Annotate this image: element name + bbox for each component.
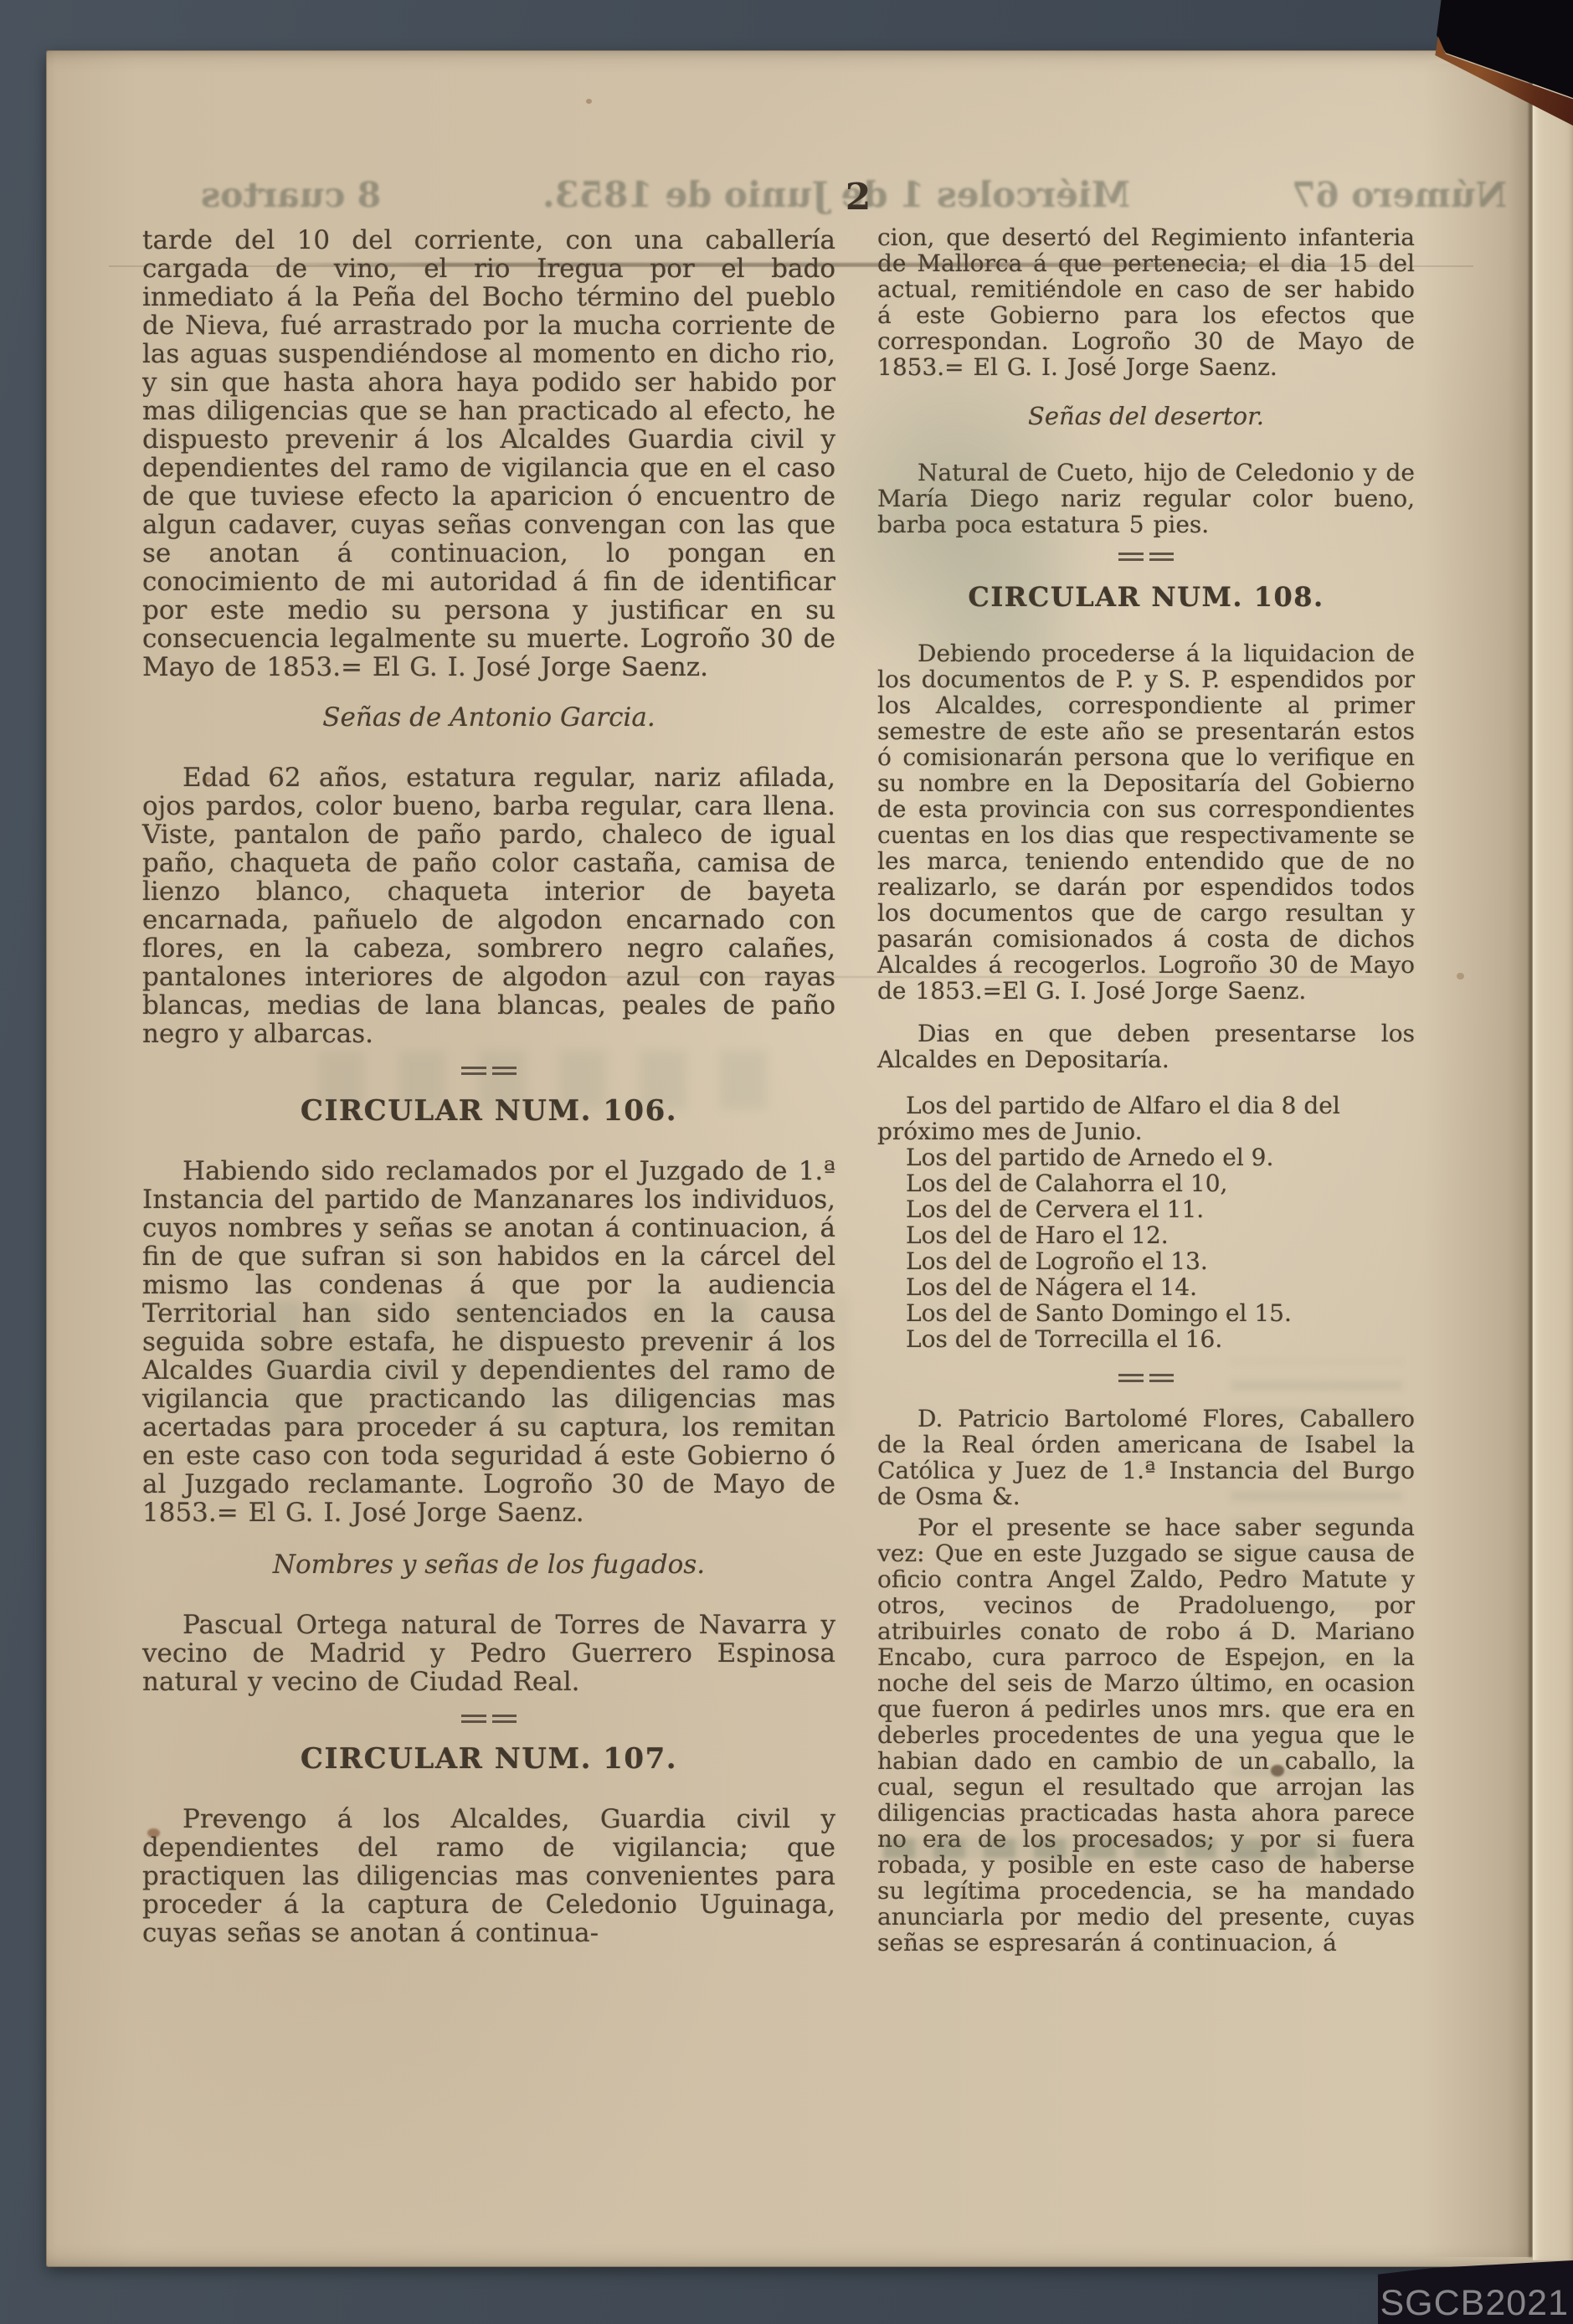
paragraph: cion, que desertó del Regimiento infante… [877,224,1415,380]
page-number: 2 [837,176,879,219]
paragraph: Pascual Ortega natural de Torres de Nava… [142,1611,835,1696]
paragraph: Habiendo sido reclamados por el Juzgado … [142,1157,835,1527]
list-item: Los del partido de Alfaro el dia 8 del p… [877,1093,1415,1144]
paragraph: Por el presente se hace saber segunda ve… [877,1514,1415,1956]
left-column: tarde del 10 del corriente, con una caba… [142,226,835,1947]
list-item: Los del de Torrecilla el 16. [877,1326,1415,1352]
section-separator [461,1067,517,1075]
section-separator [1118,1374,1174,1382]
list-item: Los del de Haro el 12. [877,1222,1415,1248]
subheading-senas-antonio-garcia: Señas de Antonio Garcia. [142,703,835,732]
list-item: Los del de Cervera el 11. [877,1196,1415,1222]
heading-circular-107: CIRCULAR NUM. 107. [142,1745,835,1773]
paragraph: Natural de Cueto, hijo de Celedonio y de… [877,460,1415,537]
adjacent-page-edge [1533,62,1573,2260]
paragraph: D. Patricio Bartolomé Flores, Caballero … [877,1406,1415,1509]
scanned-document: Número 67 Miércoles 1 de Junio de 1853. … [0,0,1573,2324]
list-item: Los del de Santo Domingo el 15. [877,1300,1415,1326]
list-item: Los del de Logroño el 13. [877,1248,1415,1274]
paragraph: Edad 62 años, estatura regular, nariz af… [142,764,835,1048]
ghost-issue-number: Número 67 [1292,175,1507,215]
paragraph: Prevengo á los Alcaldes, Guardia civil y… [142,1805,835,1947]
section-separator [461,1715,517,1723]
section-separator [1118,553,1174,561]
paper-speck [586,99,592,104]
book-spine-corner [1421,0,1573,126]
list-item: Los del de Nágera el 14. [877,1274,1415,1300]
list-item: Los del partido de Arnedo el 9. [877,1144,1415,1170]
heading-circular-108: CIRCULAR NUM. 108. [877,584,1415,610]
right-column: cion, que desertó del Regimiento infante… [877,224,1415,1956]
paragraph: Debiendo procederse á la liquidacion de … [877,640,1415,1004]
bottom-scan-bar: SGCB2021 [1378,2260,1573,2324]
heading-circular-106: CIRCULAR NUM. 106. [142,1097,835,1125]
ghost-price: 8 cuartos [201,175,381,215]
list-item: Los del de Calahorra el 10, [877,1170,1415,1196]
schedule-list: Los del partido de Alfaro el dia 8 del p… [877,1093,1415,1352]
subheading-senas-desertor: Señas del desertor. [877,404,1415,429]
paragraph: tarde del 10 del corriente, con una caba… [142,226,835,681]
paper-speck [1457,973,1464,979]
paragraph: Dias en que deben presentarse los Alcald… [877,1021,1415,1072]
page-gutter-shadow [1423,64,1532,2257]
watermark: SGCB2021 [1380,2283,1569,2324]
subheading-nombres-fugados: Nombres y señas de los fugados. [142,1550,835,1579]
